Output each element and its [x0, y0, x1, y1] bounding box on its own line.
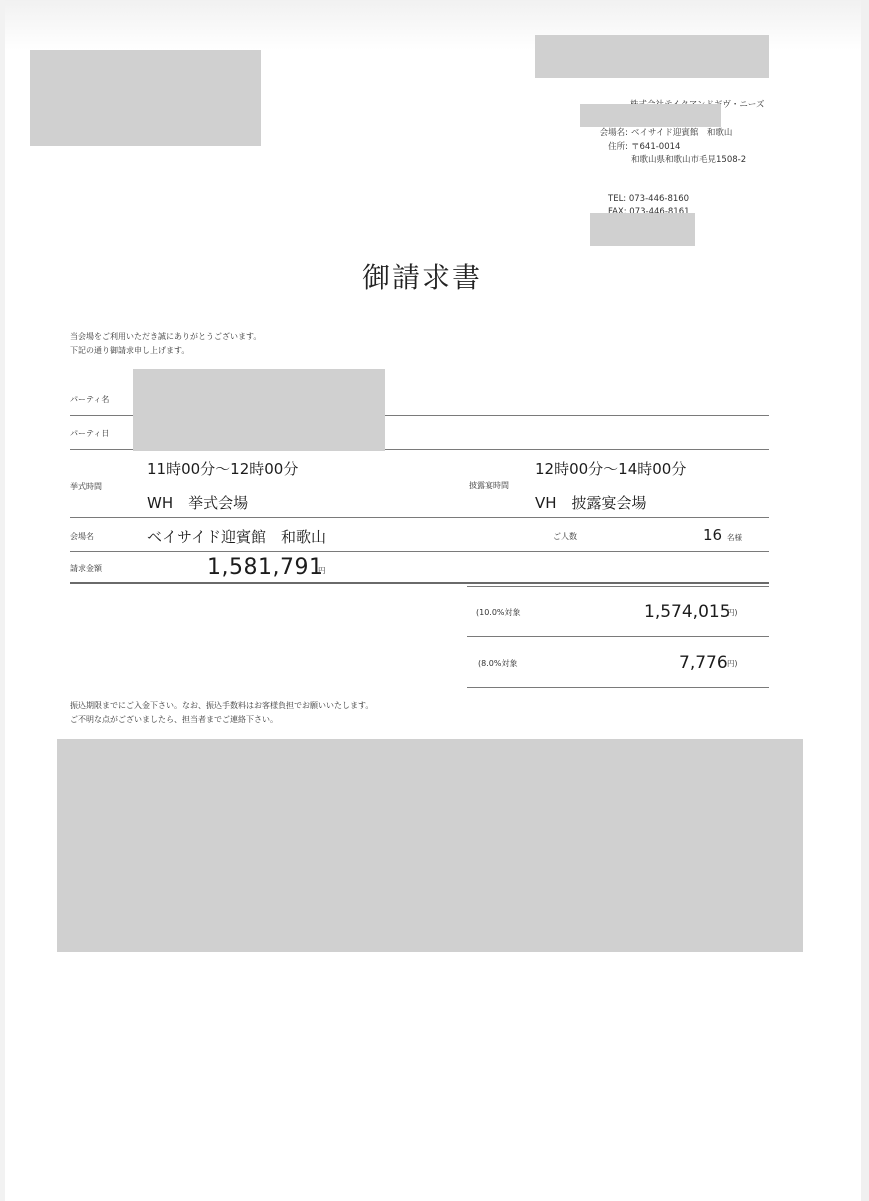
- party-name-label: パーティ名: [70, 394, 109, 405]
- issuer-venue: ベイサイド迎賓館 和歌山: [631, 126, 732, 138]
- footer-note-1: 振込期限までにご入金下さい。なお、振込手数料はお客様負担でお願いいたします。: [70, 699, 373, 713]
- party-date-label: パーティ日: [70, 428, 109, 439]
- redacted-header-right: [535, 35, 769, 78]
- guests-label: ご人数: [553, 531, 577, 542]
- guests-value: 16: [703, 526, 722, 544]
- redacted-party-info: [133, 369, 385, 451]
- reception-time-label: 披露宴時間: [469, 480, 509, 491]
- page-edge-right: [861, 0, 869, 1201]
- tax-8-unit: 円): [727, 658, 737, 669]
- issuer-venue-label: 会場名:: [590, 126, 628, 138]
- issuer-postal: 〒641-0014: [631, 140, 680, 152]
- tax-8-value: 7,776: [679, 653, 728, 673]
- greeting-line-1: 当会場をご利用いただき誠にありがとうございます。: [70, 330, 261, 344]
- tax-8-label: (8.0%対象: [478, 658, 517, 669]
- redacted-issuer-line: [580, 104, 721, 127]
- tax-10-unit: 円): [727, 607, 737, 618]
- divider: [70, 517, 769, 518]
- amount-unit: 円: [318, 565, 326, 576]
- redacted-recipient: [30, 50, 261, 146]
- guests-unit: 名様: [727, 532, 742, 543]
- ceremony-time-label: 挙式時間: [70, 481, 102, 492]
- redacted-bank-info: [57, 739, 803, 952]
- issuer-tel: TEL: 073-446-8160: [608, 194, 689, 204]
- document-title: 御請求書: [362, 256, 482, 296]
- divider: [70, 551, 769, 552]
- divider: [467, 636, 769, 637]
- tax-10-label: (10.0%対象: [476, 607, 521, 618]
- tax-10-value: 1,574,015: [644, 602, 731, 622]
- reception-place: VH 披露宴会場: [535, 492, 647, 513]
- amount-label: 請求金額: [70, 563, 102, 574]
- issuer-address-label: 住所:: [590, 140, 628, 152]
- ceremony-time: 11時00分～12時00分: [147, 458, 298, 479]
- footer-note-2: ご不明な点がございましたら、担当者までご連絡下さい。: [70, 713, 278, 727]
- amount-value: 1,581,791: [207, 555, 323, 580]
- divider: [467, 687, 769, 688]
- page-edge-left: [0, 0, 5, 1201]
- venue-value: ベイサイド迎賓館 和歌山: [147, 526, 326, 547]
- issuer-address: 和歌山県和歌山市毛見1508-2: [631, 153, 746, 165]
- divider: [467, 586, 769, 587]
- reception-time: 12時00分～14時00分: [535, 458, 686, 479]
- redacted-issuer-fax: [590, 213, 695, 246]
- greeting-line-2: 下記の通り御請求申し上げます。: [70, 344, 189, 358]
- ceremony-place: WH 挙式会場: [147, 492, 248, 513]
- divider: [70, 582, 769, 584]
- venue-label: 会場名: [70, 531, 94, 542]
